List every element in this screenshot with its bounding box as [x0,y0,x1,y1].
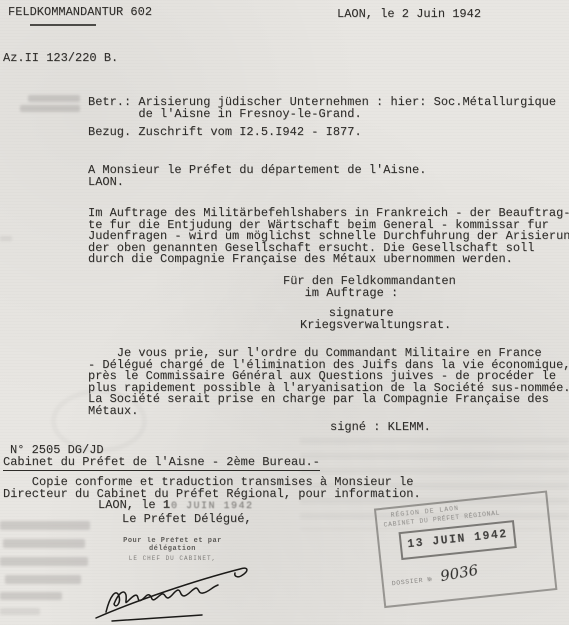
laon-date-line: LAON, le 10 JUIN 1942 [98,500,254,513]
bleed-through-mark [0,557,88,566]
date-prefix: LAON, le [98,498,163,512]
bleed-through-mark [5,575,81,584]
delegation-stamp-line1: Pour le Préfet et par délégation [100,537,245,553]
file-ref-line: Az.II 123/220 B. [3,53,118,65]
receipt-stamp-dossier: DOSSIER №9036 [391,562,479,590]
typed-signature-block: signature Kriegsverwaltungsrat. [300,308,451,331]
bleed-through-mark [0,521,90,530]
office-line: Cabinet du Préfet de l'Aisne - 2ème Bure… [3,457,320,471]
bleed-through-mark [0,608,40,615]
sender-line: FELDKOMMANDANTUR 602 [8,7,152,19]
dossier-number: 9036 [438,561,479,585]
french-body: Je vous prie, sur l'ordre du Commandant … [88,348,569,418]
bleed-through-mark [3,539,85,548]
subject-block: Betr.: Arisierung jüdischer Unternehmen … [88,97,556,120]
date-stamp-faint: 0 JUIN 1942 [171,501,254,512]
date-stamp-bold-digit: 1 [163,498,171,512]
document-page: FELDKOMMANDANTUR 602 LAON, le 2 Juin 194… [0,0,569,625]
recipient-block: A Monsieur le Préfet du département de l… [88,165,426,188]
bleed-through-band [300,438,569,530]
german-body: Im Auftrage des Militärbefehlshabers in … [88,208,569,266]
bleed-through-mark [20,105,80,112]
bleed-through-mark [28,95,80,102]
reference-line: Bezug. Zuschrift vom I2.5.I942 - I877. [88,127,362,139]
german-closing: Für den Feldkommandanten im Auftrage : [283,276,456,299]
signatory-line: Le Préfet Délégué, [122,514,252,526]
sender-underline [30,24,96,26]
dossier-label: DOSSIER № [391,576,432,587]
signed-line: signé : KLEMM. [330,422,431,434]
place-date-line: LAON, le 2 Juin 1942 [337,9,481,21]
bleed-through-stamp-ghost [52,390,146,452]
bleed-through-mark [0,592,62,600]
bleed-through-mark [0,236,12,241]
handwritten-signature [82,552,277,624]
